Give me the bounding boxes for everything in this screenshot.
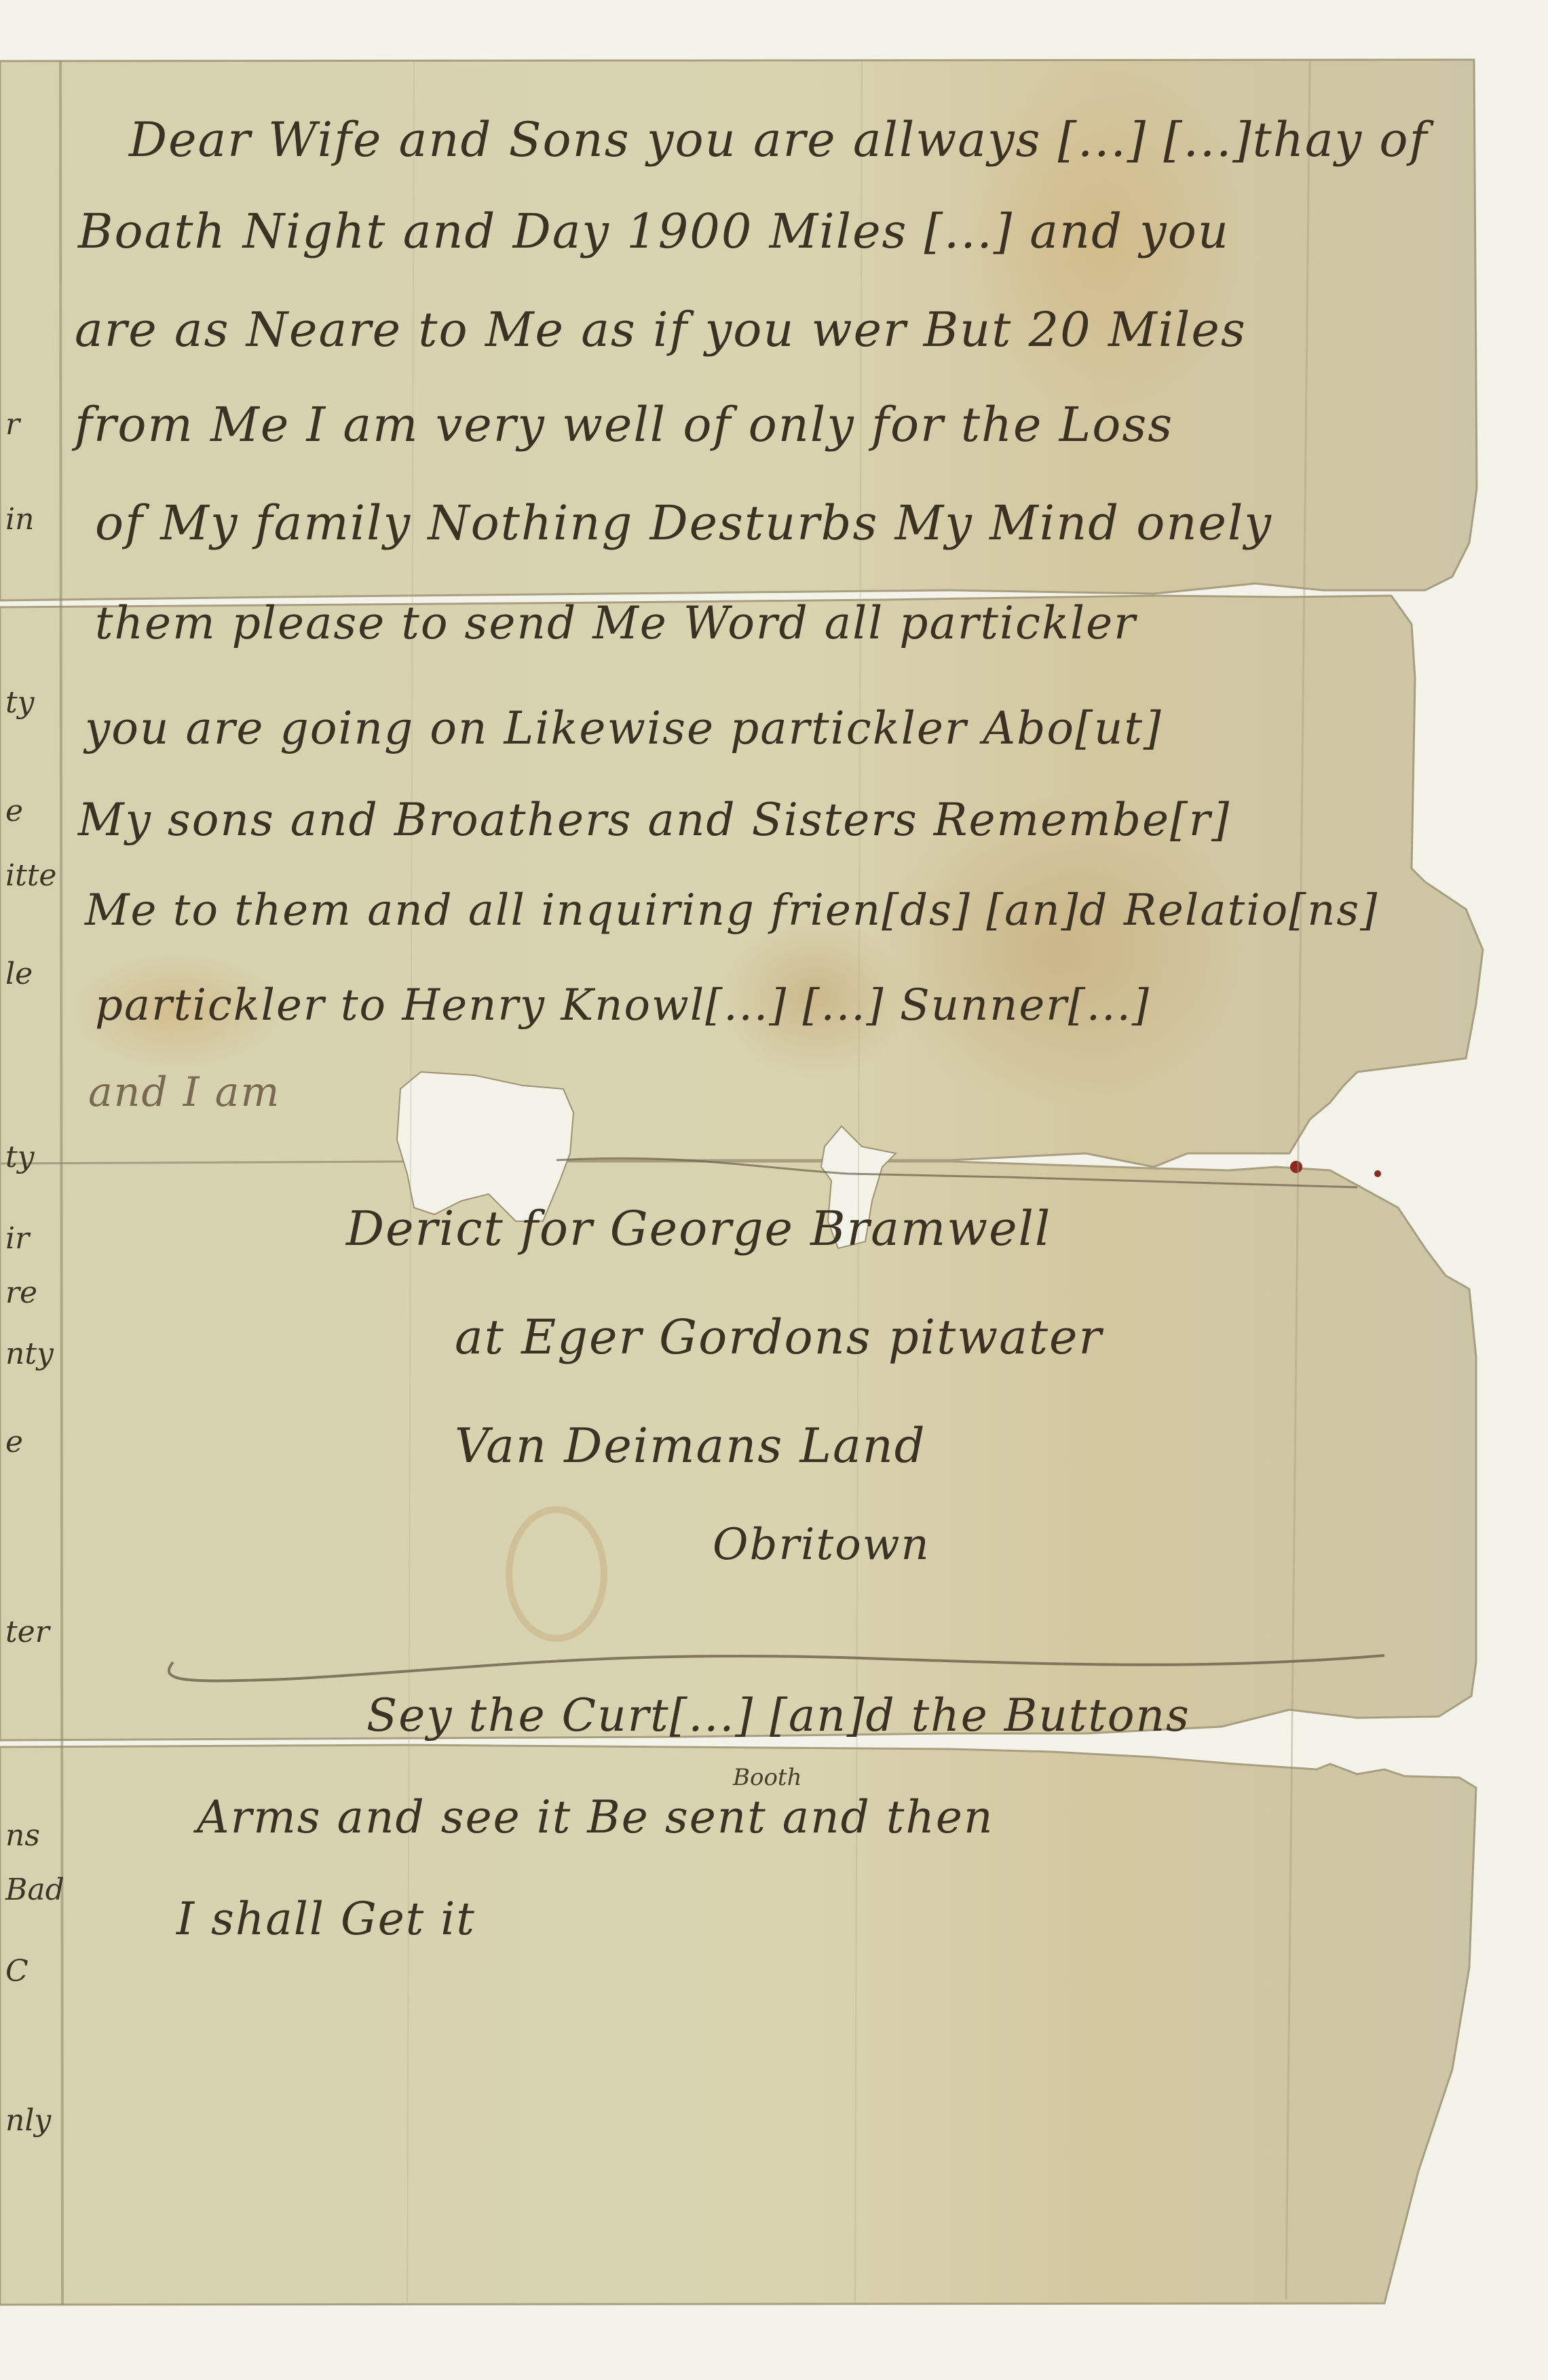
letter-line-7: you are going on Likewise partickler Abo… — [85, 702, 1163, 754]
letter-line-1: Dear Wife and Sons you are allways [...]… — [129, 112, 1428, 168]
letter-line-2: Boath Night and Day 1900 Miles [...] and… — [78, 204, 1230, 259]
margin-fragment: ns — [5, 1818, 40, 1853]
letter-line-5: of My family Nothing Desturbs My Mind on… — [95, 495, 1272, 551]
margin-fragment: C — [5, 1954, 29, 1989]
postscript-line-1: Sey the Curt[...] [an]d the Buttons — [366, 1689, 1190, 1742]
margin-fragment: r — [5, 407, 20, 442]
address-line-2: at Eger Gordons pitwater — [455, 1309, 1103, 1365]
margin-fragment: ter — [5, 1615, 50, 1649]
postscript-insertion: Booth — [733, 1764, 802, 1791]
wax-seal-fragment — [1290, 1161, 1302, 1173]
margin-fragment: e — [5, 1425, 23, 1459]
postscript-line-2: Arms and see it Be sent and then — [197, 1791, 994, 1843]
letter-line-8: My sons and Broathers and Sisters Rememb… — [78, 794, 1230, 846]
letter-line-9: Me to them and all inquiring frien[ds] [… — [85, 885, 1378, 936]
postscript-line-3: I shall Get it — [176, 1893, 476, 1945]
letter-line-3: are as Neare to Me as if you wer But 20 … — [75, 302, 1247, 358]
margin-fragment: in — [5, 502, 34, 537]
margin-fragment: itte — [5, 858, 56, 893]
address-line-4: Obritown — [713, 1520, 930, 1570]
margin-fragment: re — [5, 1275, 37, 1310]
margin-fragment: le — [5, 957, 33, 991]
margin-fragment: ty — [5, 685, 35, 720]
letter-line-10: partickler to Henry Knowl[...] [...] Sun… — [95, 980, 1150, 1031]
margin-fragment: nly — [5, 2103, 51, 2138]
margin-fragment: ty — [5, 1140, 35, 1174]
margin-fragment: nty — [5, 1337, 54, 1371]
letter-line-4: from Me I am very well of only for the L… — [75, 397, 1173, 453]
address-line-3: Van Deimans Land — [455, 1418, 926, 1474]
letter-scan: Dear Wife and Sons you are allways [...]… — [0, 0, 1548, 2380]
address-line-1: Derict for George Bramwell — [346, 1201, 1051, 1256]
margin-fragment: e — [5, 794, 23, 828]
wax-seal-fragment — [1374, 1170, 1381, 1177]
letter-line-11: and I am — [88, 1069, 280, 1116]
margin-fragment: Bad — [5, 1873, 64, 1907]
margin-fragment: ir — [5, 1221, 29, 1256]
letter-line-6: them please to send Me Word all partickl… — [95, 597, 1137, 649]
